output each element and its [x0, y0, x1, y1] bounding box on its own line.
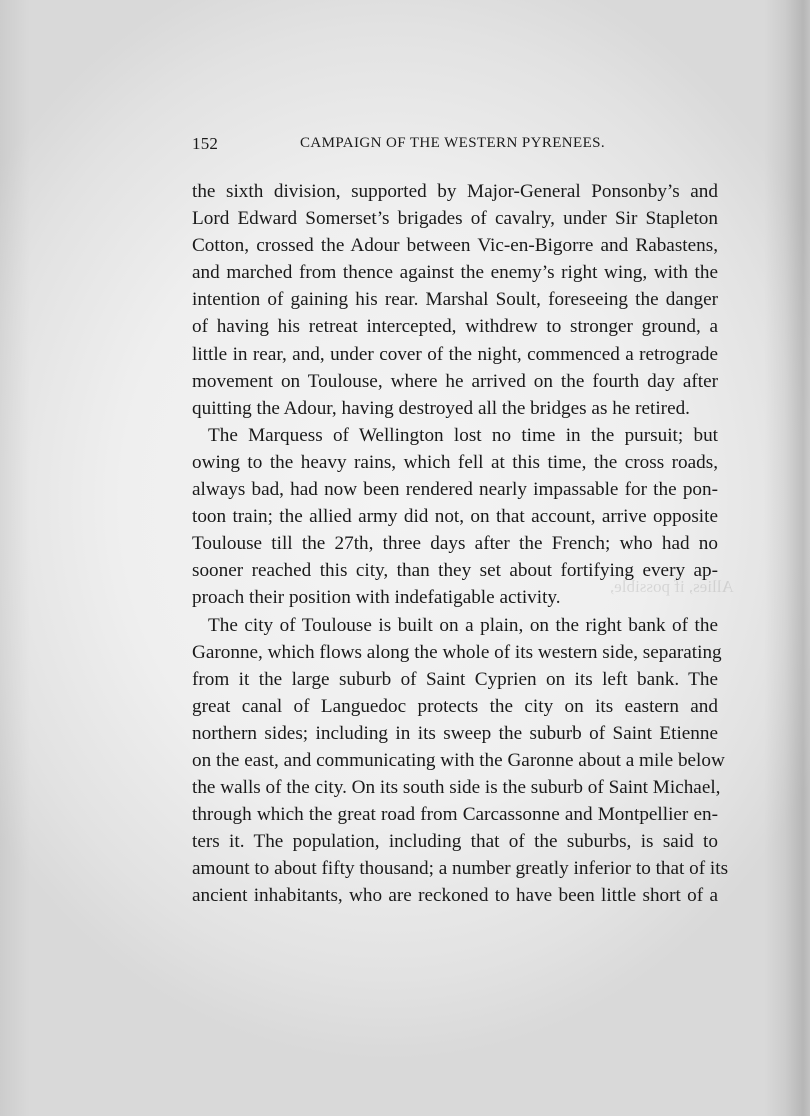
text-line: ters it. The population, including that … — [192, 828, 718, 855]
book-page: 152 CAMPAIGN OF THE WESTERN PYRENEES. Al… — [0, 0, 810, 1116]
text-line: the sixth division, supported by Major-G… — [192, 178, 718, 205]
paragraph-2: The Marquess of Wellington lost no time … — [192, 422, 718, 612]
page-number: 152 — [192, 134, 218, 154]
text-line: and marched from thence against the enem… — [192, 259, 718, 286]
paragraph-1: the sixth division, supported by Major-G… — [192, 178, 718, 422]
text-line: ancient inhabitants, who are reckoned to… — [192, 882, 718, 909]
text-line: The Marquess of Wellington lost no time … — [192, 422, 718, 449]
text-line: Cotton, crossed the Adour between Vic-en… — [192, 232, 718, 259]
text-line: owing to the heavy rains, which fell at … — [192, 449, 718, 476]
text-line: little in rear, and, under cover of the … — [192, 341, 718, 368]
text-line: movement on Toulouse, where he arrived o… — [192, 368, 718, 395]
text-line: amount to about fifty thousand; a number… — [192, 855, 718, 882]
text-line: through which the great road from Carcas… — [192, 801, 718, 828]
text-line: The city of Toulouse is built on a plain… — [192, 612, 718, 639]
text-line: the walls of the city. On its south side… — [192, 774, 718, 801]
text-line: always bad, had now been rendered nearly… — [192, 476, 718, 503]
page-left-edge-shading — [0, 0, 30, 1116]
paragraph-3: The city of Toulouse is built on a plain… — [192, 612, 718, 910]
text-line: Toulouse till the 27th, three days after… — [192, 530, 718, 557]
text-line: great canal of Languedoc protects the ci… — [192, 693, 718, 720]
text-line: on the east, and communicating with the … — [192, 747, 718, 774]
text-line: Lord Edward Somerset’s brigades of caval… — [192, 205, 718, 232]
text-line: sooner reached this city, than they set … — [192, 557, 718, 584]
text-line: quitting the Adour, having destroyed all… — [192, 395, 718, 422]
page-spine-shadow — [764, 0, 810, 1116]
text-line: of having his retreat intercepted, withd… — [192, 313, 718, 340]
text-line: from it the large suburb of Saint Cyprie… — [192, 666, 718, 693]
text-line: proach their position with indefatigable… — [192, 584, 718, 611]
text-line: northern sides; including in its sweep t… — [192, 720, 718, 747]
text-line: intention of gaining his rear. Marshal S… — [192, 286, 718, 313]
running-head: 152 CAMPAIGN OF THE WESTERN PYRENEES. — [192, 134, 718, 158]
running-title: CAMPAIGN OF THE WESTERN PYRENEES. — [300, 135, 605, 152]
text-line: Garonne, which flows along the whole of … — [192, 639, 718, 666]
text-line: toon train; the allied army did not, on … — [192, 503, 718, 530]
body-text: the sixth division, supported by Major-G… — [192, 178, 718, 910]
